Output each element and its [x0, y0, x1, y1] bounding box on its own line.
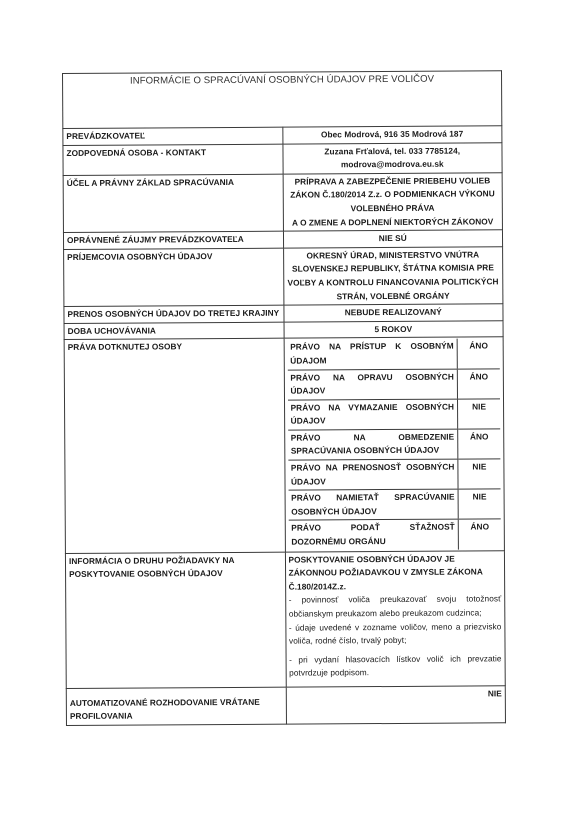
requirement-label: INFORMÁCIA O DRUHU POŽIADAVKY NA POSKYTO… — [65, 552, 285, 689]
legitimate-interests-label: OPRÁVNENÉ ZÁUJMY PREVÁDZKOVATEĽA — [63, 231, 283, 249]
right-row: PRÁVO PODAŤ SŤAŽNOSŤ DOZORNÉMU ORGÁNU ÁN… — [288, 519, 501, 550]
gdpr-info-table: INFORMÁCIE O SPRACÚVANÍ OSOBNÝCH ÚDAJOV … — [62, 70, 506, 726]
right-row: PRÁVO NA PRENOSNOSŤ OSOBNÝCH ÚDAJOV NIE — [288, 459, 501, 490]
retention-label: DOBA UCHOVÁVANIA — [64, 322, 284, 340]
rights-list: PRÁVO NA PRÍSTUP K OSOBNÝM ÚDAJOM ÁNO PR… — [284, 337, 505, 552]
right-answer: ÁNO — [457, 339, 500, 369]
recipients-value: OKRESNÝ ÚRAD, MINISTERSTVO VNÚTRA SLOVEN… — [283, 247, 503, 306]
document-page: INFORMÁCIE O SPRACÚVANÍ OSOBNÝCH ÚDAJOV … — [62, 70, 506, 726]
automated-label: AUTOMATIZOVANÉ ROZHODOVANIE VRÁTANE PROF… — [66, 687, 286, 725]
operator-label: PREVÁDZKOVATEĽ — [63, 127, 283, 145]
contact-label: ZODPOVEDNÁ OSOBA - KONTAKT — [63, 144, 283, 176]
purpose-line: A O ZMENE A DOPLNENÍ NIEKTORÝCH ZÁKONOV — [286, 215, 499, 230]
right-answer: NIE — [458, 489, 501, 519]
requirement-value: POSKYTOVANIE OSOBNÝCH ÚDAJOV JE ZÁKONNOU… — [285, 550, 505, 687]
retention-value: 5 ROKOV — [284, 321, 504, 339]
transfer-label: PRENOS OSOBNÝCH ÚDAJOV DO TRETEJ KRAJINY — [64, 305, 284, 323]
right-row: PRÁVO NAMIETAŤ SPRACÚVANIE OSOBNÝCH ÚDAJ… — [288, 489, 501, 520]
right-name: PRÁVO NA VYMAZANIE OSOBNÝCH ÚDAJOV — [288, 399, 458, 430]
right-name: PRÁVO NA PRÍSTUP K OSOBNÝM ÚDAJOM — [287, 339, 457, 370]
contact-value: Zuzana Frťalová, tel. 033 7785124, modro… — [282, 142, 502, 174]
automated-value: NIE — [286, 686, 506, 724]
rights-label: PRÁVA DOTKNUTEJ OSOBY — [64, 338, 285, 553]
requirement-item: - pri vydaní hlasovacích lístkov volič i… — [289, 652, 502, 680]
row-rights: PRÁVA DOTKNUTEJ OSOBY PRÁVO NA PRÍSTUP K… — [64, 337, 504, 553]
right-row: PRÁVO NA VYMAZANIE OSOBNÝCH ÚDAJOV NIE — [288, 399, 501, 430]
right-answer: ÁNO — [458, 519, 501, 549]
right-row: PRÁVO NA PRÍSTUP K OSOBNÝM ÚDAJOM ÁNO — [287, 339, 500, 370]
recipients-label: PRÍJEMCOVIA OSOBNÝCH ÚDAJOV — [64, 248, 284, 307]
row-contact: ZODPOVEDNÁ OSOBA - KONTAKT Zuzana Frťalo… — [63, 142, 502, 175]
purpose-line: PRÍPRAVA A ZABEZPEČENIE PRIEBEHU VOLIEB — [286, 174, 499, 189]
operator-value: Obec Modrová, 916 35 Modrová 187 — [282, 126, 502, 144]
legitimate-interests-value: NIE SÚ — [283, 230, 503, 248]
document-title: INFORMÁCIE O SPRACÚVANÍ OSOBNÝCH ÚDAJOV … — [63, 71, 502, 129]
row-requirement: INFORMÁCIA O DRUHU POŽIADAVKY NA POSKYTO… — [65, 550, 505, 688]
purpose-line: VOLEBNÉHO PRÁVA — [286, 201, 499, 216]
purpose-value: PRÍPRAVA A ZABEZPEČENIE PRIEBEHU VOLIEB … — [283, 173, 503, 232]
right-row: PRÁVO NA OBMEDZENIE SPRACÚVANIA OSOBNÝCH… — [288, 429, 501, 460]
right-answer: ÁNO — [458, 429, 501, 459]
transfer-value: NEBUDE REALIZOVANÝ — [283, 304, 503, 322]
row-recipients: PRÍJEMCOVIA OSOBNÝCH ÚDAJOV OKRESNÝ ÚRAD… — [64, 247, 503, 307]
requirement-heading: POSKYTOVANIE OSOBNÝCH ÚDAJOV JE ZÁKONNOU… — [288, 552, 501, 594]
rights-table: PRÁVO NA PRÍSTUP K OSOBNÝM ÚDAJOM ÁNO PR… — [287, 339, 501, 551]
right-row: PRÁVO NA OPRAVU OSOBNÝCH ÚDAJOV ÁNO — [287, 368, 500, 399]
right-name: PRÁVO NA PRENOSNOSŤ OSOBNÝCH ÚDAJOV — [288, 459, 458, 490]
row-purpose: ÚČEL A PRÁVNY ZÁKLAD SPRACÚVANIA PRÍPRAV… — [63, 173, 502, 233]
right-name: PRÁVO NAMIETAŤ SPRACÚVANIE OSOBNÝCH ÚDAJ… — [288, 489, 458, 520]
right-answer: NIE — [457, 399, 500, 429]
purpose-label: ÚČEL A PRÁVNY ZÁKLAD SPRACÚVANIA — [63, 174, 283, 233]
row-automated: AUTOMATIZOVANÉ ROZHODOVANIE VRÁTANE PROF… — [66, 686, 505, 726]
purpose-line: ZÁKON Č.180/2014 Z.z. O PODMIENKACH VÝKO… — [286, 188, 499, 203]
right-answer: ÁNO — [457, 368, 500, 398]
right-name: PRÁVO NA OPRAVU OSOBNÝCH ÚDAJOV — [287, 369, 457, 400]
right-answer: NIE — [458, 459, 501, 489]
requirement-item: - povinnosť voliča preukazovať svoju tot… — [289, 593, 502, 621]
right-name: PRÁVO PODAŤ SŤAŽNOSŤ DOZORNÉMU ORGÁNU — [288, 520, 458, 551]
right-name: PRÁVO NA OBMEDZENIE SPRACÚVANIA OSOBNÝCH… — [288, 429, 458, 460]
requirement-item: - údaje uvedené v zozname voličov, meno … — [289, 620, 502, 648]
